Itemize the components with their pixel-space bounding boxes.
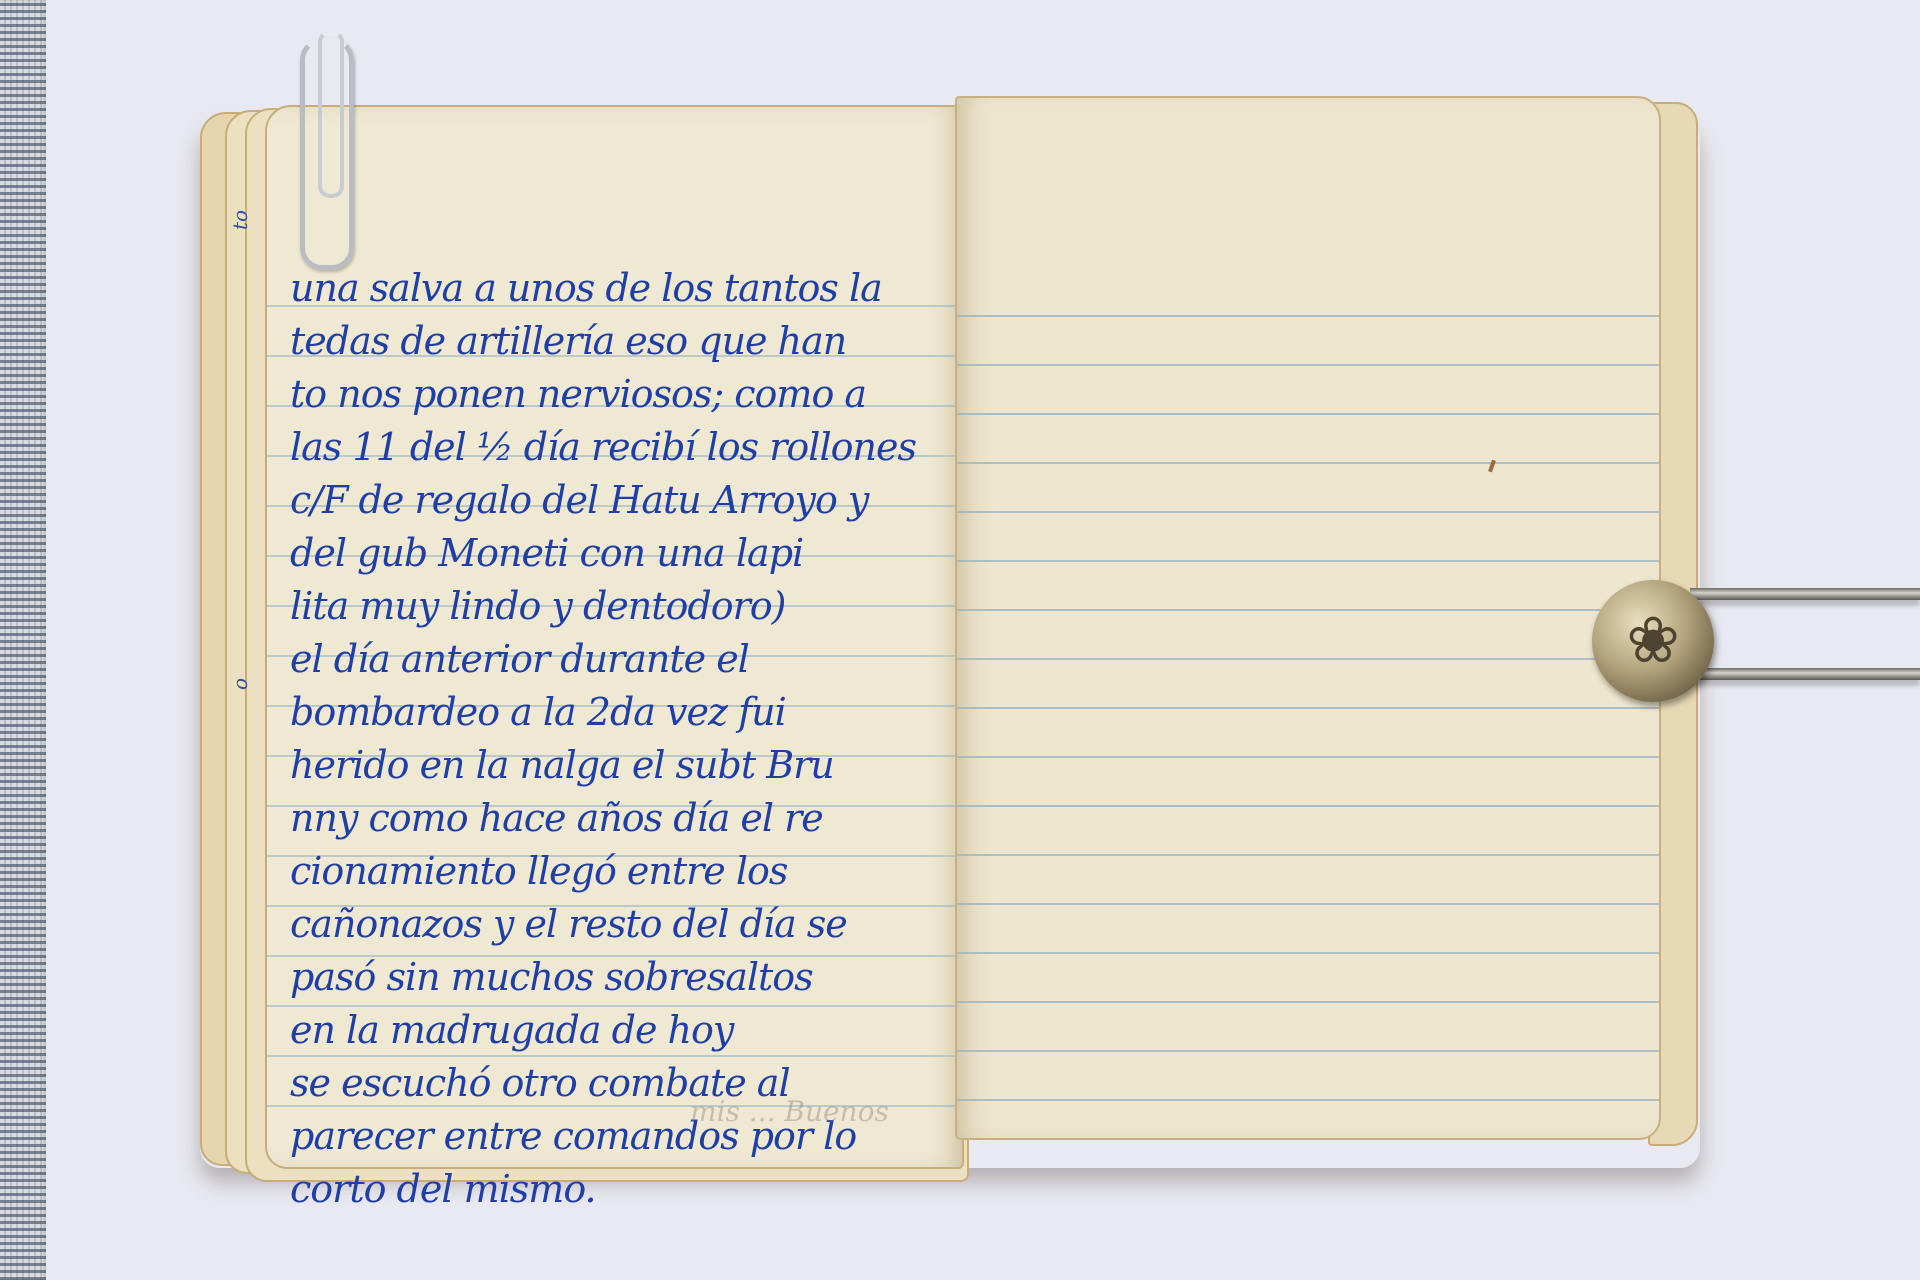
text-line: c/F de regalo del Hatu Arroyo y xyxy=(290,474,950,527)
text-line: las 11 del ½ día recibí los rollones xyxy=(290,421,950,474)
text-line: to nos ponen nerviosos; como a xyxy=(290,368,950,421)
text-line: el día anterior durante el xyxy=(290,633,950,686)
text-line: bombardeo a la 2da vez fui xyxy=(290,686,950,739)
paperclip-inner-loop xyxy=(318,30,344,198)
handwritten-text: una salva a unos de los tantos la tedas … xyxy=(290,262,950,1216)
text-line: cionamiento llegó entre los xyxy=(290,845,950,898)
right-page xyxy=(955,96,1661,1140)
text-line: del gub Moneti con una lapi xyxy=(290,527,950,580)
text-line: pasó sin muchos sobresaltos xyxy=(290,951,950,1004)
text-line: cañonazos y el resto del día se xyxy=(290,898,950,951)
text-line: corto del mismo. xyxy=(290,1163,950,1216)
text-line: una salva a unos de los tantos la xyxy=(290,262,950,315)
text-line: en la madrugada de hoy xyxy=(290,1004,950,1057)
margin-note: to xyxy=(228,210,252,230)
bleed-through-text: mis ... Buenos xyxy=(690,1095,889,1128)
thistle-emboss: ❀ xyxy=(1626,604,1680,678)
margin-note: o xyxy=(228,678,252,690)
text-line: nny como hace años día el re xyxy=(290,792,950,845)
metal-pin xyxy=(1690,668,1920,680)
text-line: herido en la nalga el subt Bru xyxy=(290,739,950,792)
ruled-lines xyxy=(957,268,1659,1108)
text-line: tedas de artillería eso que han xyxy=(290,315,950,368)
thistle-button-icon: ❀ xyxy=(1592,580,1714,702)
fabric-background xyxy=(0,0,46,1280)
text-line: lita muy lindo y dentodoro) xyxy=(290,580,950,633)
metal-pin xyxy=(1690,588,1920,600)
